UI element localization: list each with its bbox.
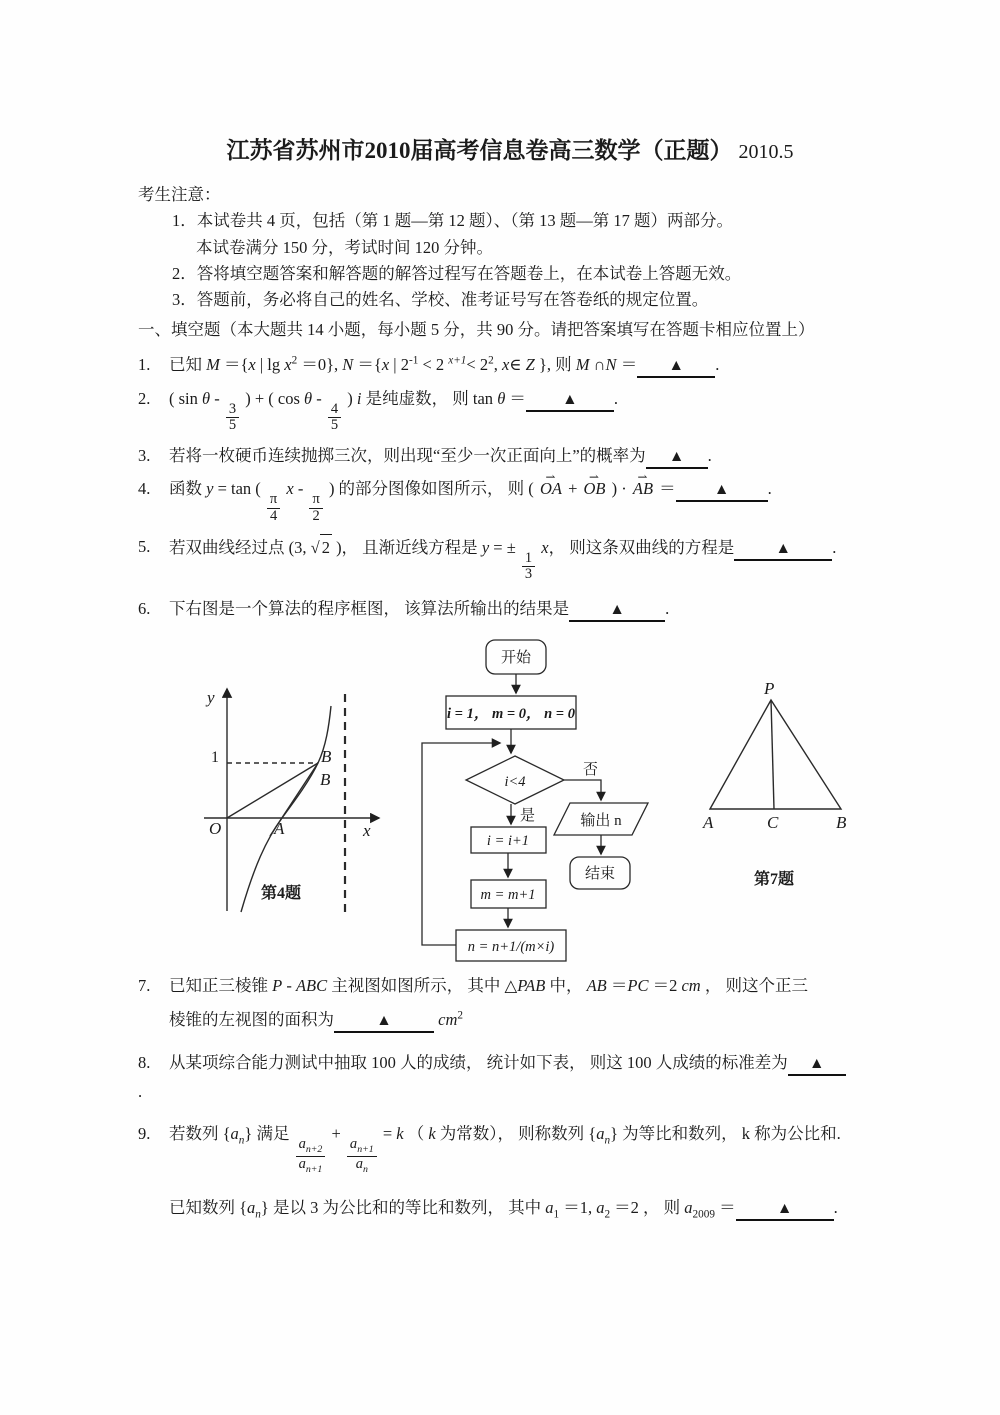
- graph-label-O: O: [209, 819, 221, 838]
- question-text: 若数列 {an} 满足 an+2an+1 + an+1an = k （ k 为常…: [169, 1121, 882, 1224]
- question-9: 9. 若数列 {an} 满足 an+2an+1 + an+1an = k （ k…: [138, 1121, 882, 1224]
- graph-label-x: x: [362, 821, 371, 840]
- notice-item-1: 1．本试卷共 4 页，包括（第 1 题—第 12 题）、（第 13 题—第 17…: [138, 208, 882, 234]
- question-number: 4.: [138, 476, 169, 502]
- notice-item-1b: 本试卷满分 150 分，考试时间 120 分钟。: [138, 235, 882, 261]
- graph-label-B1: B: [321, 747, 332, 766]
- question-text: 从某项综合能力测试中抽取 100 人的成绩， 统计如下表， 则这 100 人成绩…: [169, 1050, 882, 1076]
- question-number: 3.: [138, 443, 169, 469]
- graph-label-B2: B: [320, 770, 331, 789]
- triangle-outline: [710, 700, 841, 809]
- graph-label-A: A: [273, 819, 285, 838]
- notice-block: 考生注意： 1．本试卷共 4 页，包括（第 1 题—第 12 题）、（第 13 …: [138, 182, 882, 314]
- question-text: 函数 y = tan ( π4 x - π2 ) 的部分图像如图所示， 则 ( …: [169, 476, 882, 524]
- flowchart-no-label: 否: [583, 761, 598, 778]
- question-number: 1.: [138, 352, 169, 378]
- question-3: 3. 若将一枚硬币连续抛掷三次，则出现“至少一次正面向上”的概率为▲.: [138, 443, 882, 469]
- flowchart-cond-label: i<4: [504, 774, 525, 790]
- question-7: 7. 已知正三棱锥 P - ABC 主视图如图所示， 其中 △PAB 中， AB…: [138, 973, 882, 1033]
- flowchart-start-label: 开始: [501, 649, 532, 666]
- question-6: 6. 下右图是一个算法的程序框图， 该算法所输出的结果是▲.: [138, 596, 882, 622]
- question-1: 1. 已知 M ＝{x | lg x2 ＝0}, N ＝{x | 2-1 < 2…: [138, 352, 882, 378]
- notice-item-3: 3．答题前，务必将自己的姓名、学校、准考证号写在答卷纸的规定位置。: [138, 287, 882, 313]
- figure-q7-caption: 第7题: [754, 869, 794, 888]
- question-text: ( sin θ - 35 ) + ( cos θ - 45 ) i 是纯虚数， …: [169, 386, 882, 434]
- flowchart-init-label: i = 1， m = 0， n = 0: [447, 706, 575, 722]
- figures-svg: y 1 O A B B x 第4题: [138, 630, 900, 970]
- segment-OB: [227, 763, 318, 818]
- paper-title: 江苏省苏州市2010届高考信息卷高三数学（正题）2010.5: [138, 136, 882, 166]
- question-7-line-2: 棱锥的左视图的面积为▲ cm2: [169, 1007, 882, 1033]
- exam-paper-page: 江苏省苏州市2010届高考信息卷高三数学（正题）2010.5 考生注意： 1．本…: [0, 0, 1000, 1415]
- question-9-line-2: 已知数列 {an} 是以 3 为公比和的等比和数列， 其中 a1 ＝1, a2 …: [169, 1195, 882, 1224]
- triangle-label-P: P: [763, 679, 774, 698]
- question-number: 5.: [138, 534, 169, 560]
- paper-title-text: 江苏省苏州市2010届高考信息卷高三数学（正题）: [227, 138, 733, 163]
- figure-q7-triangle: [710, 700, 841, 809]
- notice-item-2: 2．答将填空题答案和解答题的解答过程写在答题卷上，在本试卷上答题无效。: [138, 261, 882, 287]
- question-number: 8.: [138, 1050, 169, 1076]
- question-7-line-1: 已知正三棱锥 P - ABC 主视图如图所示， 其中 △PAB 中， AB ＝P…: [169, 973, 882, 999]
- triangle-label-A: A: [702, 813, 714, 832]
- figure-q6-flowchart: [422, 640, 648, 961]
- notice-header: 考生注意：: [138, 182, 882, 208]
- question-4: 4. 函数 y = tan ( π4 x - π2 ) 的部分图像如图所示， 则…: [138, 476, 882, 524]
- figures-band: y 1 O A B B x 第4题: [138, 630, 900, 970]
- flowchart-step1-label: i = i+1: [487, 833, 529, 849]
- triangle-altitude-PC: [771, 700, 774, 809]
- question-8-trailing-period: .: [138, 1079, 882, 1105]
- question-text: 若将一枚硬币连续抛掷三次，则出现“至少一次正面向上”的概率为▲.: [169, 443, 882, 469]
- graph-label-y: y: [205, 688, 215, 707]
- flowchart-yes-label: 是: [520, 807, 535, 824]
- triangle-label-C: C: [767, 813, 779, 832]
- question-text: 已知 M ＝{x | lg x2 ＝0}, N ＝{x | 2-1 < 2 x+…: [169, 352, 882, 378]
- question-5: 5. 若双曲线经过点 (3, √2 )， 且渐近线方程是 y = ± 13 x，…: [138, 534, 882, 583]
- flowchart-output-label: 输出 n: [580, 812, 622, 829]
- flowchart-no-branch: [564, 780, 601, 800]
- question-number: 2.: [138, 386, 169, 412]
- tangent-curve: [241, 706, 331, 912]
- flowchart-end-label: 结束: [585, 865, 615, 882]
- section-header: 一、填空题（本大题共 14 小题，每小题 5 分，共 90 分。请把答案填写在答…: [138, 317, 882, 343]
- paper-date: 2010.5: [739, 141, 794, 163]
- question-text: 已知正三棱锥 P - ABC 主视图如图所示， 其中 △PAB 中， AB ＝P…: [169, 973, 882, 1033]
- question-number: 6.: [138, 596, 169, 622]
- flowchart-step2-label: m = m+1: [480, 887, 535, 903]
- graph-label-1: 1: [211, 749, 219, 766]
- figure-q4-caption: 第4题: [261, 883, 301, 902]
- flowchart-step3-label: n = n+1/(m×i): [468, 939, 555, 955]
- triangle-label-B: B: [836, 813, 847, 832]
- question-text: 下右图是一个算法的程序框图， 该算法所输出的结果是▲.: [169, 596, 882, 622]
- question-text: 若双曲线经过点 (3, √2 )， 且渐近线方程是 y = ± 13 x， 则这…: [169, 534, 882, 583]
- question-number: 7.: [138, 973, 169, 999]
- figure-q4-graph: [204, 689, 379, 912]
- question-number: 9.: [138, 1121, 169, 1147]
- question-8: 8. 从某项综合能力测试中抽取 100 人的成绩， 统计如下表， 则这 100 …: [138, 1050, 882, 1076]
- question-2: 2. ( sin θ - 35 ) + ( cos θ - 45 ) i 是纯虚…: [138, 386, 882, 434]
- question-9-line-1: 若数列 {an} 满足 an+2an+1 + an+1an = k （ k 为常…: [169, 1121, 882, 1175]
